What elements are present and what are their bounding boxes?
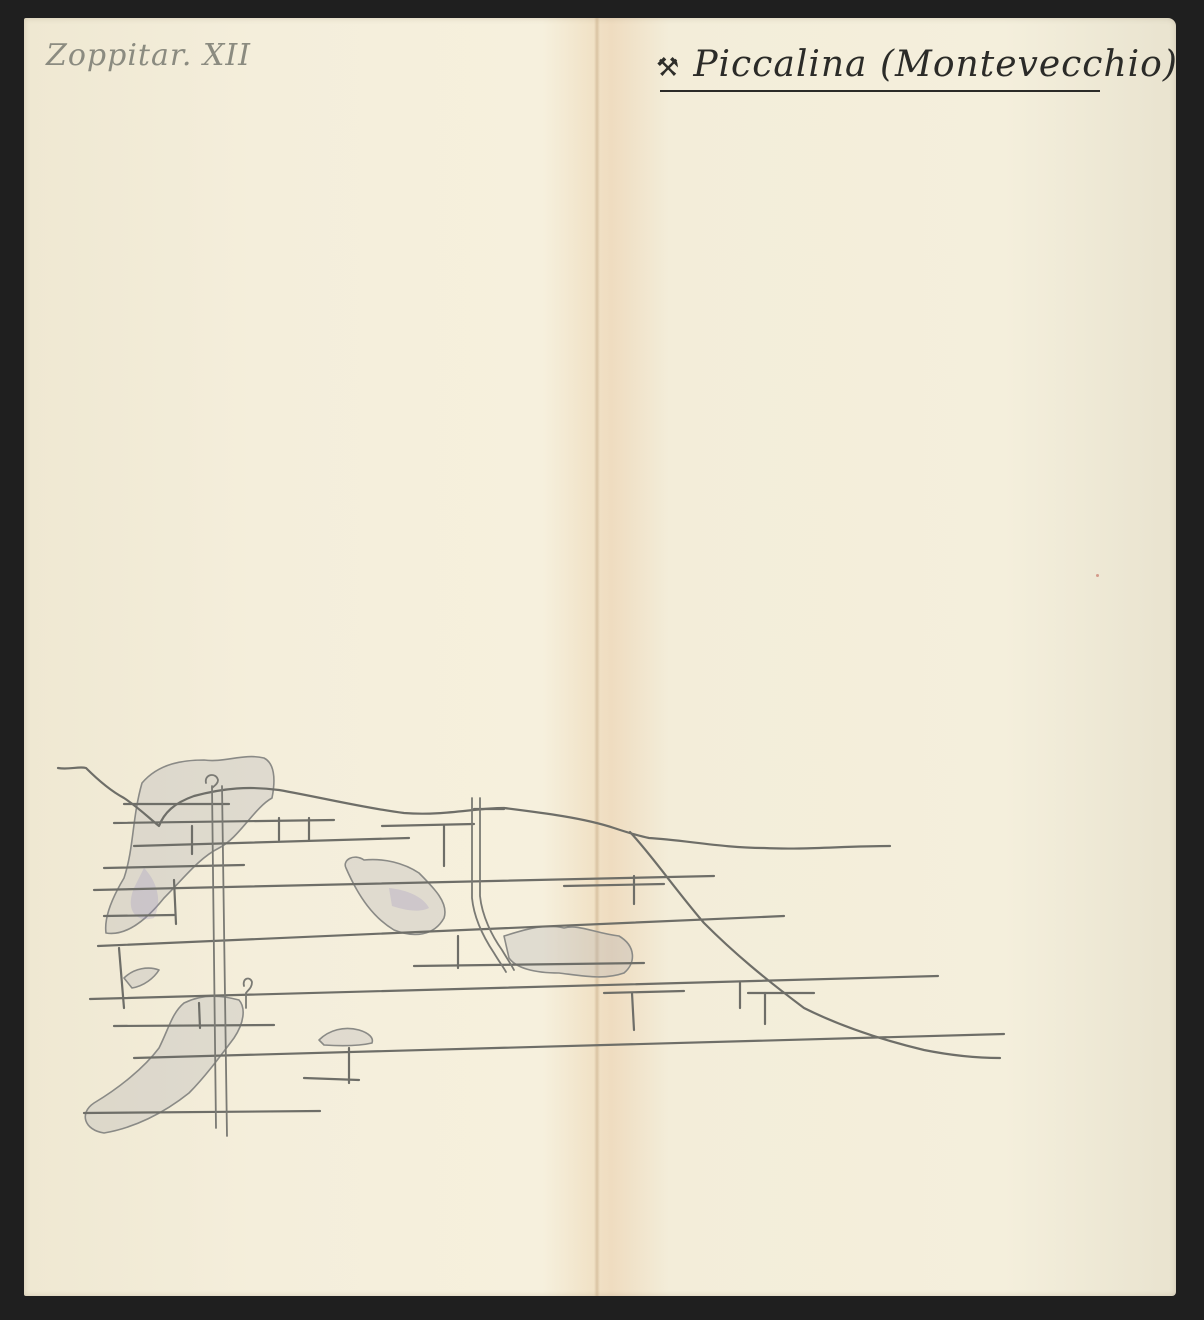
notebook-spread: Zoppitar. XII ⚒ Piccalina (Montevecchio) [24, 18, 1176, 1296]
title-underline [660, 90, 1100, 92]
page-title: Piccalina (Montevecchio) [693, 44, 1178, 85]
left-page: Zoppitar. XII [24, 18, 596, 1296]
folio-label: Zoppitar. XII [46, 38, 251, 73]
page-title-block: ⚒ Piccalina (Montevecchio) [656, 44, 1178, 85]
right-page: ⚒ Piccalina (Montevecchio) [596, 18, 1176, 1296]
crossed-hammers-mining-icon: ⚒ [656, 53, 679, 83]
paper-speck [1096, 574, 1099, 577]
